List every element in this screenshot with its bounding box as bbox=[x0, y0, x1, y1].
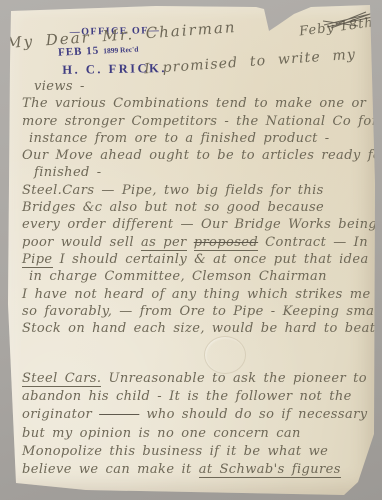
letter-paper: —OFFICE OF— FEB 15 1899 Rec'd H. C. FRIC… bbox=[6, 4, 376, 496]
line-segment: believe we can make it bbox=[22, 462, 199, 477]
handwritten-line-steelcars: Steel Cars. Unreasonable to ask the pion… bbox=[22, 370, 378, 388]
handwritten-line: instance from ore to a finished product … bbox=[22, 130, 378, 147]
handwritten-line-schwab: believe we can make it at Schwab's figur… bbox=[22, 461, 378, 479]
handwritten-line: but my opinion is no one concern can bbox=[22, 425, 378, 443]
struck-word: proposed bbox=[194, 235, 258, 251]
handwritten-line: Our Move ahead ought to be to articles r… bbox=[22, 147, 378, 164]
handwritten-line: finished - bbox=[22, 164, 378, 181]
struck-word: ——— bbox=[99, 407, 139, 422]
line-segment: who should do so if necessary bbox=[139, 407, 367, 422]
line-segment: poor would sell bbox=[22, 235, 141, 250]
handwritten-line-originator: originator ——— who should do so if neces… bbox=[22, 406, 378, 424]
underlined-phrase: Pipe bbox=[22, 252, 53, 268]
handwritten-line: so favorably, — from Ore to Pipe - Keepi… bbox=[22, 303, 378, 320]
handwritten-line: every order different — Our Bridge Works… bbox=[22, 216, 378, 233]
handwritten-line: views - bbox=[22, 78, 378, 95]
handwritten-line: more stronger Competitors - the National… bbox=[22, 113, 378, 130]
line-segment: I should certainly & at once put that id… bbox=[53, 252, 369, 267]
handwritten-line: The various Combinations tend to make on… bbox=[22, 95, 378, 112]
line-segment: Unreasonable to ask the pioneer to bbox=[101, 371, 367, 386]
handwritten-line: Stock on hand each size, would be hard t… bbox=[22, 320, 378, 337]
underlined-phrase: Steel Cars. bbox=[22, 371, 101, 387]
handwritten-line: Bridges &c also but not so good because bbox=[22, 199, 378, 216]
handwritten-line: abandon his child - It is the follower n… bbox=[22, 388, 378, 406]
line-segment: Contract — In bbox=[258, 235, 368, 250]
line-segment bbox=[187, 235, 194, 250]
received-year: 1899 Rec'd bbox=[103, 45, 139, 56]
handwritten-line-pipe: Pipe I should certainly & at once put th… bbox=[22, 251, 378, 268]
handwritten-line: Steel.Cars — Pipe, two big fields for th… bbox=[22, 182, 378, 199]
underlined-phrase: as per bbox=[141, 235, 187, 251]
handwritten-line: I have not heard of any thing which stri… bbox=[22, 286, 378, 303]
paragraph-1: views - The various Combinations tend to… bbox=[22, 78, 378, 337]
underlined-phrase: at Schwab's figures bbox=[199, 462, 341, 478]
line-segment: originator bbox=[22, 407, 99, 422]
opening-line: I promised to write my bbox=[144, 47, 357, 78]
handwritten-line: in charge Committee, Clemson Chairman bbox=[22, 268, 378, 285]
watermark-emboss bbox=[204, 336, 246, 374]
paragraph-2: Steel Cars. Unreasonable to ask the pion… bbox=[22, 370, 378, 479]
handwritten-line: Monopolize this business if it be what w… bbox=[22, 443, 378, 461]
handwritten-line-contract: poor would sell as per proposed Contract… bbox=[22, 234, 378, 251]
